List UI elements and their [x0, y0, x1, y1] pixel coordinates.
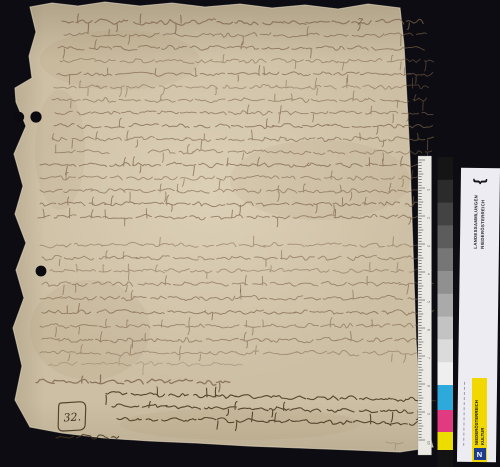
- svg-text:8: 8: [427, 385, 431, 387]
- inventory-small-text: [463, 382, 465, 446]
- page-number: 7: [356, 18, 363, 29]
- paper-stains: [30, 30, 410, 440]
- svg-text:1: 1: [427, 189, 431, 191]
- label-line1: LANDESSAMMLUNGEN: [472, 195, 479, 249]
- svg-text:2: 2: [427, 217, 431, 219]
- label-text-block: LANDESSAMMLUNGEN NIEDERÖSTERREICH: [472, 195, 487, 249]
- svg-text:7: 7: [427, 357, 431, 359]
- punch-hole: [14, 112, 24, 122]
- kultur-label-line2: NIEDERÖSTERREICH: [474, 400, 479, 445]
- noe-logo-icon: N: [474, 448, 486, 460]
- svg-text:10: 10: [427, 441, 431, 445]
- box-number: 32.: [63, 410, 81, 424]
- label-line2: NIEDERÖSTERREICH: [480, 195, 487, 249]
- svg-text:9: 9: [427, 413, 431, 415]
- svg-text:5: 5: [427, 301, 431, 303]
- brace-logo-icon: }: [473, 178, 488, 184]
- svg-text:3: 3: [427, 245, 431, 247]
- svg-text:6: 6: [427, 329, 431, 331]
- color-patch-yellow: [438, 432, 454, 450]
- color-patch-black: [438, 450, 454, 467]
- manuscript-overlay: 32. 7 12345678910: [0, 0, 500, 467]
- punch-hole: [36, 266, 47, 277]
- grayscale-wedge: [438, 157, 454, 385]
- svg-text:4: 4: [427, 273, 431, 275]
- color-patch-magenta: [438, 410, 454, 432]
- color-calibration-patches: [438, 385, 454, 467]
- ruler: 12345678910: [418, 156, 432, 455]
- kultur-noe-label: KULTUR NIEDERÖSTERREICH N: [472, 378, 487, 462]
- punch-hole: [30, 111, 41, 122]
- kultur-label-line1: KULTUR: [480, 427, 485, 445]
- archival-photo-stage: 32. 7 12345678910 } LANDESSAMMLUNGEN NIE…: [0, 0, 500, 467]
- color-patch-cyan: [438, 385, 454, 410]
